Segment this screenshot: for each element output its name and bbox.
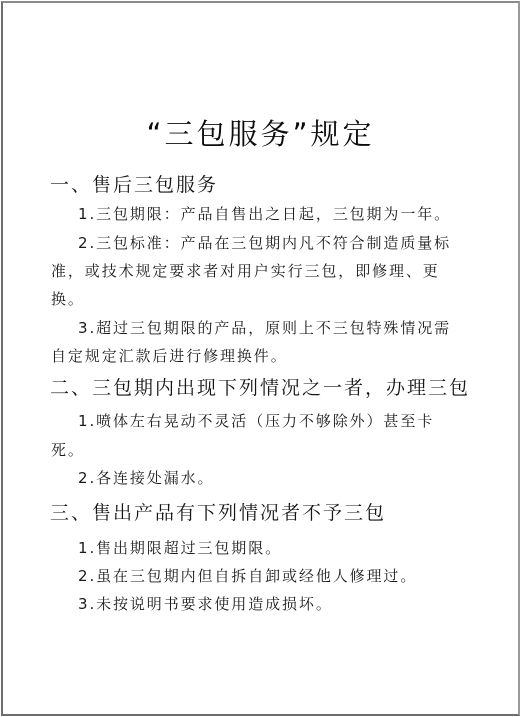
- section-1-line-2: 2.三包标准：产品在三包期内凡不符合制造质量标: [78, 232, 451, 254]
- section-heading-3: 三、售出产品有下列情况者不予三包: [50, 500, 386, 526]
- section-1-line-5: 3.超过三包期限的产品，原则上不三包特殊情况需: [78, 317, 451, 339]
- section-2-line-1: 1.喷体左右晃动不灵活（压力不够除外）甚至卡: [78, 410, 434, 432]
- section-3-line-2: 2.虽在三包期内但自拆自卸或经他人修理过。: [78, 565, 417, 587]
- section-heading-2: 二、三包期内出现下列情况之一者，办理三包: [50, 375, 470, 401]
- section-1-line-1: 1.三包期限：产品自售出之日起，三包期为一年。: [78, 203, 451, 225]
- section-1-line-4: 换。: [51, 288, 85, 310]
- section-3-line-3: 3.未按说明书要求使用造成损坏。: [78, 593, 333, 615]
- section-3-line-1: 1.售出期限超过三包期限。: [78, 537, 282, 559]
- section-2-line-3: 2.各连接处漏水。: [78, 467, 214, 489]
- section-2-line-2: 死。: [51, 439, 85, 461]
- section-1-line-3: 准，或技术规定要求者对用户实行三包，即修理、更: [51, 260, 440, 282]
- section-heading-1: 一、售后三包服务: [50, 172, 218, 198]
- section-1-line-6: 自定规定汇款后进行修理换件。: [51, 345, 288, 367]
- document-title: “三包服务”规定: [0, 114, 521, 154]
